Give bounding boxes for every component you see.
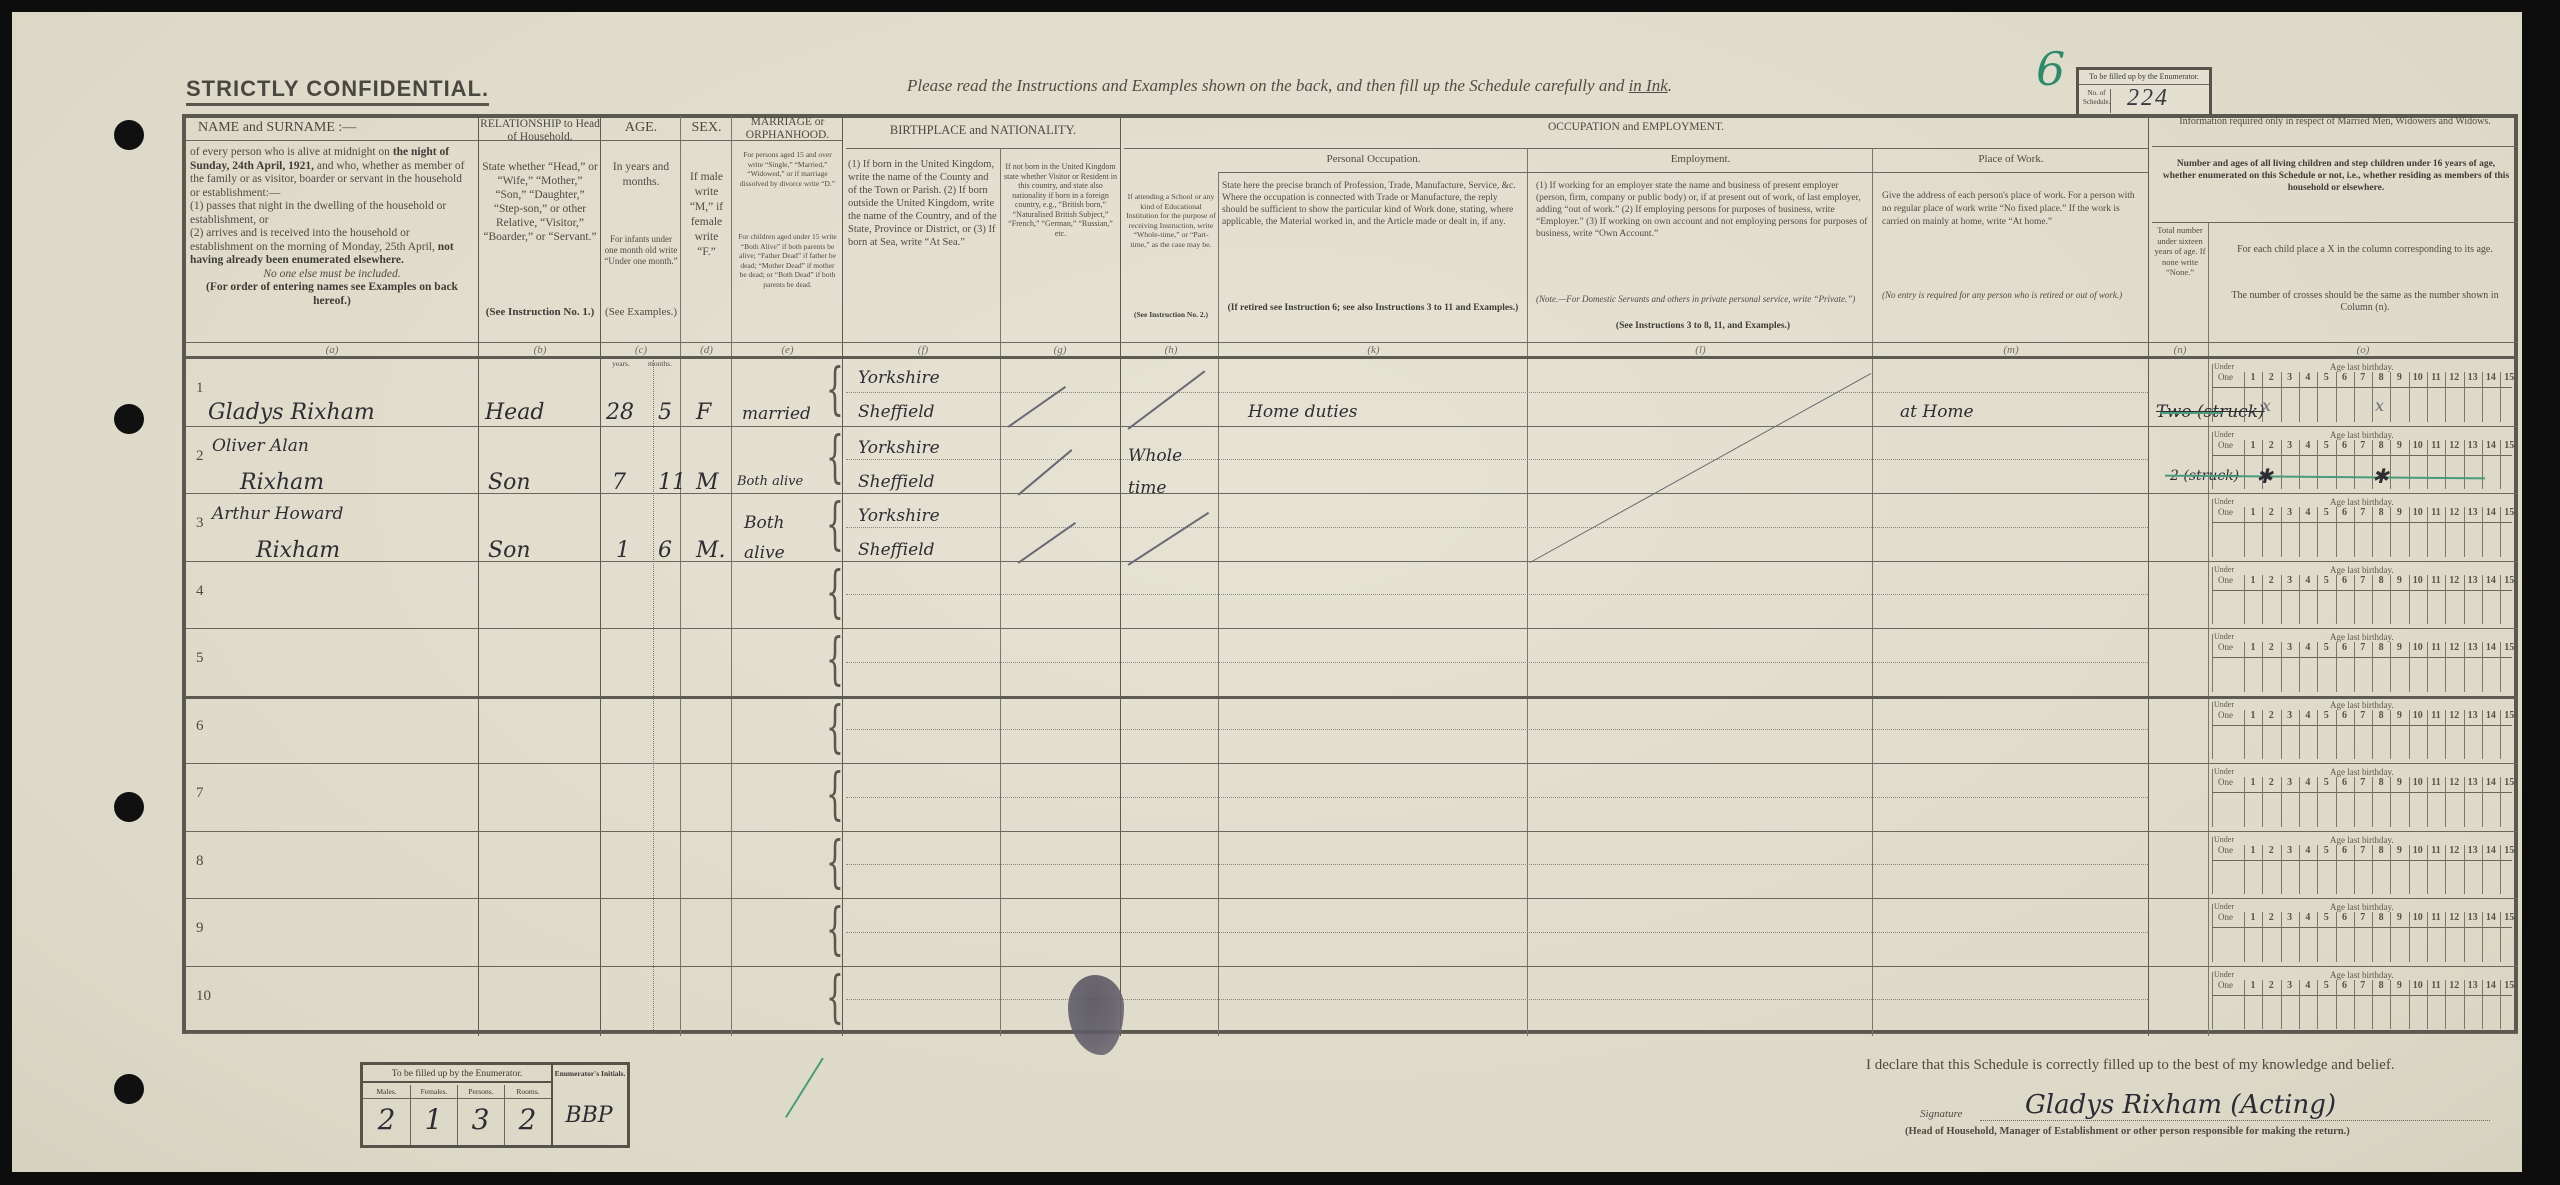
col-letter: (e) xyxy=(733,344,842,357)
females-count[interactable]: 1 xyxy=(410,1103,457,1136)
age-grid-one: One xyxy=(2218,777,2233,787)
brace-icon: { xyxy=(826,362,844,418)
rooms-count[interactable]: 2 xyxy=(504,1103,551,1136)
males-count[interactable]: 2 xyxy=(363,1103,410,1136)
col-e-title: MARRIAGE or ORPHANHOOD. xyxy=(733,116,842,142)
age-grid-rule xyxy=(2212,522,2512,523)
row-number: 3 xyxy=(196,515,204,532)
age-15-label: 15 xyxy=(2498,980,2520,991)
row3-age-months[interactable]: 6 xyxy=(658,538,672,563)
row3-name-first[interactable]: Arthur Howard xyxy=(212,504,343,524)
females-label: Females. xyxy=(410,1085,457,1099)
col-divider xyxy=(1218,172,1219,1036)
row-rule xyxy=(186,898,2518,899)
age-grid-one: One xyxy=(2218,845,2233,855)
col-k-title: Personal Occupation. xyxy=(1220,153,1527,166)
birthplace-title: BIRTHPLACE and NATIONALITY. xyxy=(846,124,1120,137)
brace-icon: { xyxy=(826,565,844,621)
age-grid-under: Under xyxy=(2214,430,2234,439)
row3-marriage[interactable]: Both alive xyxy=(744,508,824,568)
row-rule xyxy=(186,561,2518,562)
declaration-text: I declare that this Schedule is correctl… xyxy=(1866,1057,2395,1074)
age-months-label: months. xyxy=(640,359,680,369)
row-midline xyxy=(846,864,2148,865)
row2-relationship[interactable]: Son xyxy=(488,470,531,495)
enumerator-box: To be filled up by the Enumerator. Males… xyxy=(360,1062,630,1148)
col-letter: (g) xyxy=(1000,344,1120,357)
col-m-body: Give the address of each person's place … xyxy=(1882,190,2144,229)
age-grid-under: Under xyxy=(2214,497,2234,506)
age-grid-rule xyxy=(2212,725,2512,726)
age-grid-left xyxy=(2212,702,2213,760)
age-years-label: years. xyxy=(604,359,638,369)
row1-place-of-work[interactable]: at Home xyxy=(1900,402,1974,422)
row1-age-years[interactable]: 28 xyxy=(606,400,634,425)
instructions-end: . xyxy=(1668,76,1672,95)
age-grid-label: Age last birthday. xyxy=(2330,700,2394,710)
row2-sex[interactable]: M xyxy=(696,470,719,495)
col-n-body: Total number under sixteen years of age.… xyxy=(2152,225,2208,278)
age-15-label: 15 xyxy=(2498,912,2520,923)
age-grid-label: Age last birthday. xyxy=(2330,430,2394,440)
row-rule xyxy=(186,696,2518,699)
col-letter: (l) xyxy=(1529,344,1872,357)
age-grid-left xyxy=(2212,634,2213,692)
col-k-body: State here the precise branch of Profess… xyxy=(1222,180,1524,228)
row2-cross-age-8: ✱ xyxy=(2372,464,2389,488)
col-letter: (h) xyxy=(1124,344,1218,357)
col-letter: (m) xyxy=(1874,344,2148,357)
col-g-body: If not born in the United Kingdom state … xyxy=(1003,162,1118,238)
col-h-note: (See Instruction No. 2.) xyxy=(1124,310,1218,320)
age-grid-under: Under xyxy=(2214,902,2234,911)
col-e-body2: For children aged under 15 write “Both A… xyxy=(736,232,839,289)
row-midline xyxy=(846,662,2148,663)
age-grid-under: Under xyxy=(2214,700,2234,709)
header-rule xyxy=(846,148,1120,149)
col-a-text: of every person who is alive at midnight… xyxy=(190,146,393,158)
row1-birth-town[interactable]: Sheffield xyxy=(858,402,935,422)
col-o-body2: The number of crosses should be the same… xyxy=(2230,290,2500,314)
row-midline xyxy=(846,999,2148,1000)
row-number: 2 xyxy=(196,448,204,465)
age-grid-rule xyxy=(2212,455,2512,456)
col-c-title: AGE. xyxy=(602,121,680,134)
col-letter: (b) xyxy=(480,344,600,357)
row-rule xyxy=(186,763,2518,764)
age-grid-rule xyxy=(2212,927,2512,928)
col-a-note: No one else must be included. xyxy=(190,268,474,282)
age-grid-left xyxy=(2212,499,2213,557)
row-number: 8 xyxy=(196,853,204,870)
col-c-body: In years and months. xyxy=(604,160,678,190)
row-number: 4 xyxy=(196,583,204,600)
age-grid-rule xyxy=(2212,590,2512,591)
header-rule xyxy=(2152,146,2518,147)
row1-birth-county[interactable]: Yorkshire xyxy=(858,368,940,388)
row-number: 1 xyxy=(196,380,204,397)
col-d-title: SEX. xyxy=(682,121,731,134)
col-d-body: If male write “M,” if female write “F.” xyxy=(684,170,729,260)
married-subtitle: Number and ages of all living children a… xyxy=(2160,158,2512,194)
col-c-note: For infants under one month old write “U… xyxy=(604,234,678,267)
row1-cross-age-2: x xyxy=(2262,396,2271,415)
age-15-label: 15 xyxy=(2498,710,2520,721)
age-grid-under: Under xyxy=(2214,632,2234,641)
col-letter: (f) xyxy=(846,344,1000,357)
row2-marriage[interactable]: Both alive xyxy=(737,474,803,489)
brace-icon: { xyxy=(826,970,844,1026)
age-grid-under: Under xyxy=(2214,565,2234,574)
col-letter: (n) xyxy=(2152,344,2208,357)
row-midline xyxy=(846,527,2148,528)
row2-school[interactable]: Whole time xyxy=(1128,440,1216,504)
enumerator-box-title: To be filled up by the Enumerator. xyxy=(363,1065,551,1083)
instructions-text: Please read the Instructions and Example… xyxy=(907,76,1629,95)
row1-name[interactable]: Gladys Rixham xyxy=(208,400,375,425)
enumerator-initials[interactable]: BBP xyxy=(559,1103,619,1128)
schedule-box-label: No. of Schedule. xyxy=(2083,89,2111,113)
row2-age-months[interactable]: 11 xyxy=(658,470,686,495)
row-rule xyxy=(186,831,2518,832)
age-grid-label: Age last birthday. xyxy=(2330,632,2394,642)
row-rule xyxy=(186,426,2518,427)
top-instructions: Please read the Instructions and Example… xyxy=(907,76,1672,96)
col-divider xyxy=(1000,148,1001,1036)
age-grid-label: Age last birthday. xyxy=(2330,970,2394,980)
row3-age-years[interactable]: 1 xyxy=(616,538,630,563)
age-grid-rule xyxy=(2212,792,2512,793)
row2-age-years[interactable]: 7 xyxy=(612,470,626,495)
row-number: 7 xyxy=(196,785,204,802)
age-15-label: 15 xyxy=(2498,507,2520,518)
col-c-see: (See Examples.) xyxy=(604,306,678,319)
row-midline xyxy=(846,729,2148,730)
age-grid-under: Under xyxy=(2214,970,2234,979)
header-rule xyxy=(2152,222,2518,223)
signature-note: (Head of Household, Manager of Establish… xyxy=(1905,1126,2350,1137)
col-k-note: (If retired see Instruction 6; see also … xyxy=(1222,302,1524,314)
schedule-number-box: To be filled up by the Enumerator. No. o… xyxy=(2076,67,2212,117)
age-grid-left xyxy=(2212,837,2213,895)
age-grid-left xyxy=(2212,567,2213,625)
row3-sex[interactable]: M. xyxy=(696,538,726,563)
married-title: Information required only in respect of … xyxy=(2156,116,2514,128)
instructions-ink: in Ink xyxy=(1629,76,1668,95)
row1-marriage[interactable]: married xyxy=(742,404,811,424)
row-midline xyxy=(846,594,2148,595)
col-m-title: Place of Work. xyxy=(1874,153,2148,166)
row1-relationship[interactable]: Head xyxy=(485,400,544,425)
row1-sex[interactable]: F xyxy=(696,400,711,425)
age-grid-label: Age last birthday. xyxy=(2330,362,2394,372)
col-f-body: (1) If born in the United Kingdom, write… xyxy=(848,158,998,249)
col-b-body: State whether “Head,” or “Wife,” “Mother… xyxy=(482,160,598,244)
col-l-body: (1) If working for an employer state the… xyxy=(1536,180,1870,240)
signature-label: Signature xyxy=(1920,1108,1962,1120)
green-strike xyxy=(2160,412,2222,414)
row-rule xyxy=(186,966,2518,967)
age-grid-rule xyxy=(2212,860,2512,861)
col-l-note-private: (Note.—For Domestic Servants and others … xyxy=(1536,294,1870,305)
brace-icon: { xyxy=(826,497,844,553)
row-number: 9 xyxy=(196,920,204,937)
row3-relationship[interactable]: Son xyxy=(488,538,531,563)
col-letter: (a) xyxy=(186,344,478,357)
row-rule xyxy=(186,493,2518,494)
row-rule xyxy=(186,628,2518,629)
age-grid-label: Age last birthday. xyxy=(2330,767,2394,777)
brace-icon: { xyxy=(826,767,844,823)
age-15-label: 15 xyxy=(2498,372,2520,383)
brace-icon: { xyxy=(826,430,844,486)
age-grid-under: Under xyxy=(2214,767,2234,776)
col-letter: (d) xyxy=(682,344,731,357)
row1-cross-age-8: x xyxy=(2375,396,2384,415)
brace-icon: { xyxy=(826,700,844,756)
header-rule xyxy=(186,342,2518,343)
punch-hole xyxy=(114,1074,144,1104)
signature-line xyxy=(1980,1120,2490,1121)
age-grid-one: One xyxy=(2218,372,2233,382)
row1-age-months[interactable]: 5 xyxy=(658,400,672,425)
col-a-text: (1) passes that night in the dwelling of… xyxy=(190,200,446,226)
age-grid-one: One xyxy=(2218,575,2233,585)
col-a-note: (For order of entering names see Example… xyxy=(190,281,474,308)
row-midline xyxy=(846,932,2148,933)
age-15-label: 15 xyxy=(2498,575,2520,586)
persons-count[interactable]: 3 xyxy=(457,1103,504,1136)
row2-name-first[interactable]: Oliver Alan xyxy=(212,436,309,456)
age-grid-one: One xyxy=(2218,642,2233,652)
row2-birth-county[interactable]: Yorkshire xyxy=(858,438,940,458)
age-grid-one: One xyxy=(2218,912,2233,922)
punch-hole xyxy=(114,404,144,434)
age-grid-rule xyxy=(2212,995,2512,996)
age-grid-one: One xyxy=(2218,980,2233,990)
col-l-title: Employment. xyxy=(1529,153,1872,166)
col-b-title: RELATIONSHIP to Head of Household. xyxy=(480,118,600,144)
brace-icon: { xyxy=(826,835,844,891)
age-grid-one: One xyxy=(2218,710,2233,720)
signature[interactable]: Gladys Rixham (Acting) xyxy=(2025,1090,2336,1120)
age-grid-left xyxy=(2212,769,2213,827)
age-grid-rule xyxy=(2212,657,2512,658)
age-grid-under: Under xyxy=(2214,362,2234,371)
row-number: 10 xyxy=(196,988,211,1005)
row2-cross-age-2: ✱ xyxy=(2256,464,2273,488)
col-divider xyxy=(1872,148,1873,1036)
schedule-box-title: To be filled up by the Enumerator. xyxy=(2079,70,2209,85)
age-grid-label: Age last birthday. xyxy=(2330,497,2394,507)
brace-icon: { xyxy=(826,632,844,688)
row-midline xyxy=(846,797,2148,798)
col-letter: (c) xyxy=(602,344,680,357)
age-15-label: 15 xyxy=(2498,777,2520,788)
col-m-note: (No entry is required for any person who… xyxy=(1882,290,2144,301)
col-o-body1: For each child place a X in the column c… xyxy=(2230,244,2500,256)
punch-hole xyxy=(114,120,144,150)
rooms-label: Rooms. xyxy=(504,1085,551,1099)
col-l-note: (See Instructions 3 to 8, 11, and Exampl… xyxy=(1536,320,1870,333)
row-midline xyxy=(846,459,2148,460)
punch-hole xyxy=(114,792,144,822)
row2-name-last[interactable]: Rixham xyxy=(240,470,324,495)
row-number: 6 xyxy=(196,718,204,735)
schedule-number[interactable]: 224 xyxy=(2127,85,2169,112)
col-a-title: NAME and SURNAME :— xyxy=(188,121,478,134)
age-15-label: 15 xyxy=(2498,642,2520,653)
age-grid-one: One xyxy=(2218,507,2233,517)
age-15-label: 15 xyxy=(2498,845,2520,856)
col-b-note: (See Instruction No. 1.) xyxy=(482,306,598,319)
col-e-body1: For persons aged 15 and over write “Sing… xyxy=(736,150,839,188)
age-grid-left xyxy=(2212,904,2213,962)
persons-label: Persons. xyxy=(457,1085,504,1099)
age-grid-rule xyxy=(2212,387,2512,388)
col-a-text: (2) arrives and is received into the hou… xyxy=(190,227,438,253)
row-rule xyxy=(186,1033,2518,1034)
col-h-body: If attending a School or any kind of Edu… xyxy=(1124,192,1218,249)
age-grid-one: One xyxy=(2218,440,2233,450)
row2-birth-town[interactable]: Sheffield xyxy=(858,472,935,492)
row3-birth-county[interactable]: Yorkshire xyxy=(858,506,940,526)
col-letter: (k) xyxy=(1220,344,1527,357)
confidential-title: STRICTLY CONFIDENTIAL. xyxy=(186,76,489,106)
age-15-label: 15 xyxy=(2498,440,2520,451)
row3-name-last[interactable]: Rixham xyxy=(256,538,340,563)
row1-occupation[interactable]: Home duties xyxy=(1248,402,1358,422)
age-grid-label: Age last birthday. xyxy=(2330,902,2394,912)
brace-icon: { xyxy=(826,902,844,958)
col-divider xyxy=(1527,148,1528,1036)
age-grid-under: Under xyxy=(2214,835,2234,844)
col-a-body: of every person who is alive at midnight… xyxy=(190,146,474,308)
age-grid-left xyxy=(2212,972,2213,1030)
row-number: 5 xyxy=(196,650,204,667)
age-grid-label: Age last birthday. xyxy=(2330,835,2394,845)
page-mark: 6 xyxy=(2036,42,2065,96)
row-midline xyxy=(846,392,2148,393)
age-grid-label: Age last birthday. xyxy=(2330,565,2394,575)
header-rule xyxy=(1124,148,2148,149)
col-letter: (o) xyxy=(2208,344,2518,357)
row3-birth-town[interactable]: Sheffield xyxy=(858,540,935,560)
males-label: Males. xyxy=(363,1085,410,1099)
occupation-title: OCCUPATION and EMPLOYMENT. xyxy=(1124,121,2148,134)
header-rule xyxy=(1218,172,2148,173)
